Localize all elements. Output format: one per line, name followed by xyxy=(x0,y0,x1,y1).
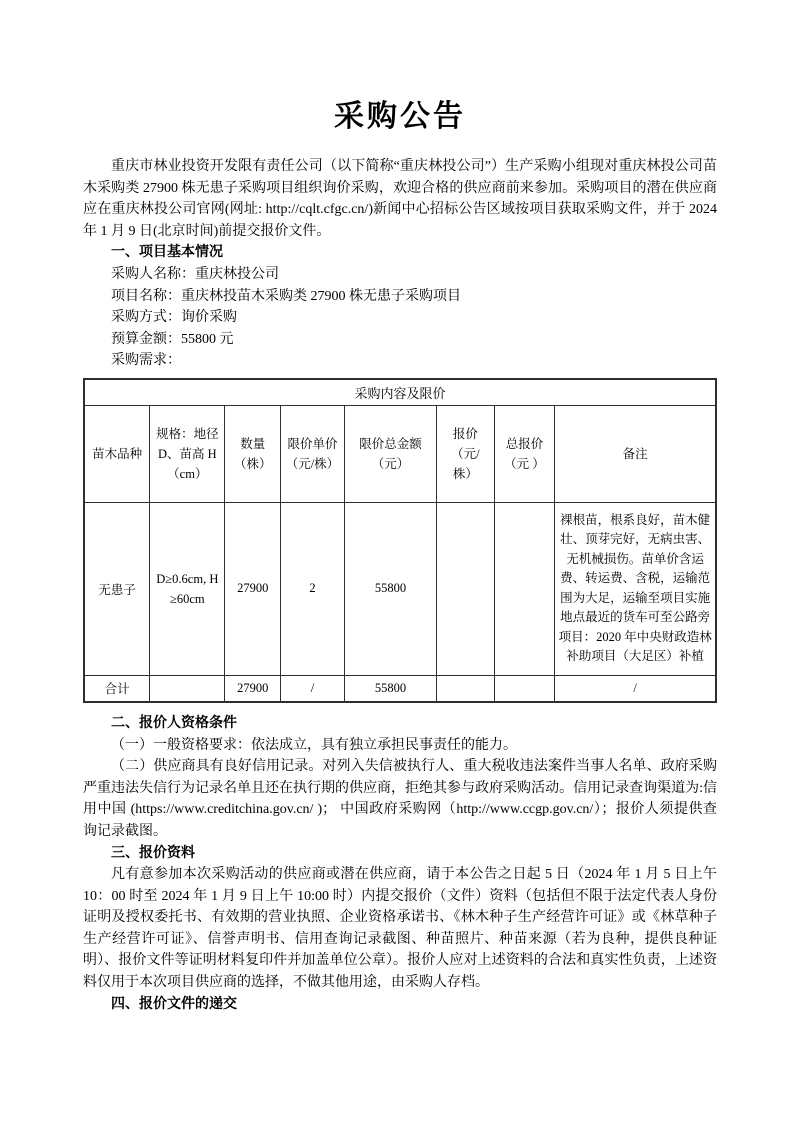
page-title: 采购公告 xyxy=(83,100,717,134)
section3-heading: 三、报价资料 xyxy=(83,843,717,865)
section2-heading: 二、报价人资格条件 xyxy=(83,713,717,735)
section3-para: 凡有意参加本次采购活动的供应商或潜在供应商，请于本公告之日起 5 日（2024 … xyxy=(83,864,717,994)
section1-heading: 一、项目基本情况 xyxy=(83,242,717,264)
col-header-total-quote: 总报价 （元 ） xyxy=(494,405,555,502)
total-price-limit: 55800 xyxy=(344,675,436,702)
section2-para2: （二）供应商具有良好信用记录。对列入失信被执行人、重大税收违法案件当事人名单、政… xyxy=(83,756,717,842)
col-header-quote: 报价 （元/ 株） xyxy=(437,405,495,502)
procurement-method-line: 采购方式：询价采购 xyxy=(83,307,717,329)
col-header-unit-price-limit: 限价单价 （元/株） xyxy=(281,405,345,502)
remark-text-1: 裸根苗，根系良好，苗木健壮、顶芽完好，无病虫害、无机械损伤。苗单价含运费、转运费… xyxy=(558,511,712,628)
total-unit-price-limit: / xyxy=(281,675,345,702)
cell-spec: D≥0.6cm, H ≥60cm xyxy=(150,502,225,675)
intro-paragraph: 重庆市林业投资开发限有责任公司（以下简称“重庆林投公司”）生产采购小组现对重庆林… xyxy=(83,156,717,242)
table-total-row: 合计 27900 / 55800 / xyxy=(84,675,716,702)
cell-remark: 裸根苗，根系良好，苗木健壮、顶芽完好，无病虫害、无机械损伤。苗单价含运费、转运费… xyxy=(555,502,716,675)
table-header-row: 苗木品种 规格：地径 D、苗高 H （cm） 数量 （株） 限价单价 （元/株）… xyxy=(84,405,716,502)
cell-species: 无患子 xyxy=(84,502,150,675)
cell-total-price-limit: 55800 xyxy=(344,502,436,675)
document-page: 采购公告 重庆市林业投资开发限有责任公司（以下简称“重庆林投公司”）生产采购小组… xyxy=(0,0,800,1132)
remark-text-2: 项目：2020 年中央财政造林补助项目（大足区）补植 xyxy=(558,628,712,667)
col-header-spec: 规格：地径 D、苗高 H （cm） xyxy=(150,405,225,502)
total-quantity: 27900 xyxy=(225,675,281,702)
cell-unit-price-limit: 2 xyxy=(281,502,345,675)
col-header-quantity: 数量 （株） xyxy=(225,405,281,502)
budget-amount-line: 预算金额：55800 元 xyxy=(83,329,717,351)
col-header-species: 苗木品种 xyxy=(84,405,150,502)
procurement-table: 采购内容及限价 苗木品种 规格：地径 D、苗高 H （cm） 数量 （株） 限价… xyxy=(83,378,717,703)
purchaser-name-line: 采购人名称：重庆林投公司 xyxy=(83,264,717,286)
procurement-demand-line: 采购需求： xyxy=(83,350,717,372)
col-header-remark: 备注 xyxy=(555,405,716,502)
project-name-line: 项目名称：重庆林投苗木采购类 27900 株无患子采购项目 xyxy=(83,286,717,308)
col-header-total-price-limit: 限价总金额 （元） xyxy=(344,405,436,502)
total-spec xyxy=(150,675,225,702)
total-quote xyxy=(437,675,495,702)
section4-heading: 四、报价文件的递交 xyxy=(83,994,717,1016)
section2-para1: （一）一般资格要求：依法成立，具有独立承担民事责任的能力。 xyxy=(83,735,717,757)
cell-quote xyxy=(437,502,495,675)
table-caption: 采购内容及限价 xyxy=(84,379,716,406)
table-row: 无患子 D≥0.6cm, H ≥60cm 27900 2 55800 裸根苗，根… xyxy=(84,502,716,675)
cell-total-quote xyxy=(494,502,555,675)
total-remark: / xyxy=(555,675,716,702)
total-label: 合计 xyxy=(84,675,150,702)
table-caption-row: 采购内容及限价 xyxy=(84,379,716,406)
cell-quantity: 27900 xyxy=(225,502,281,675)
total-total-quote xyxy=(494,675,555,702)
